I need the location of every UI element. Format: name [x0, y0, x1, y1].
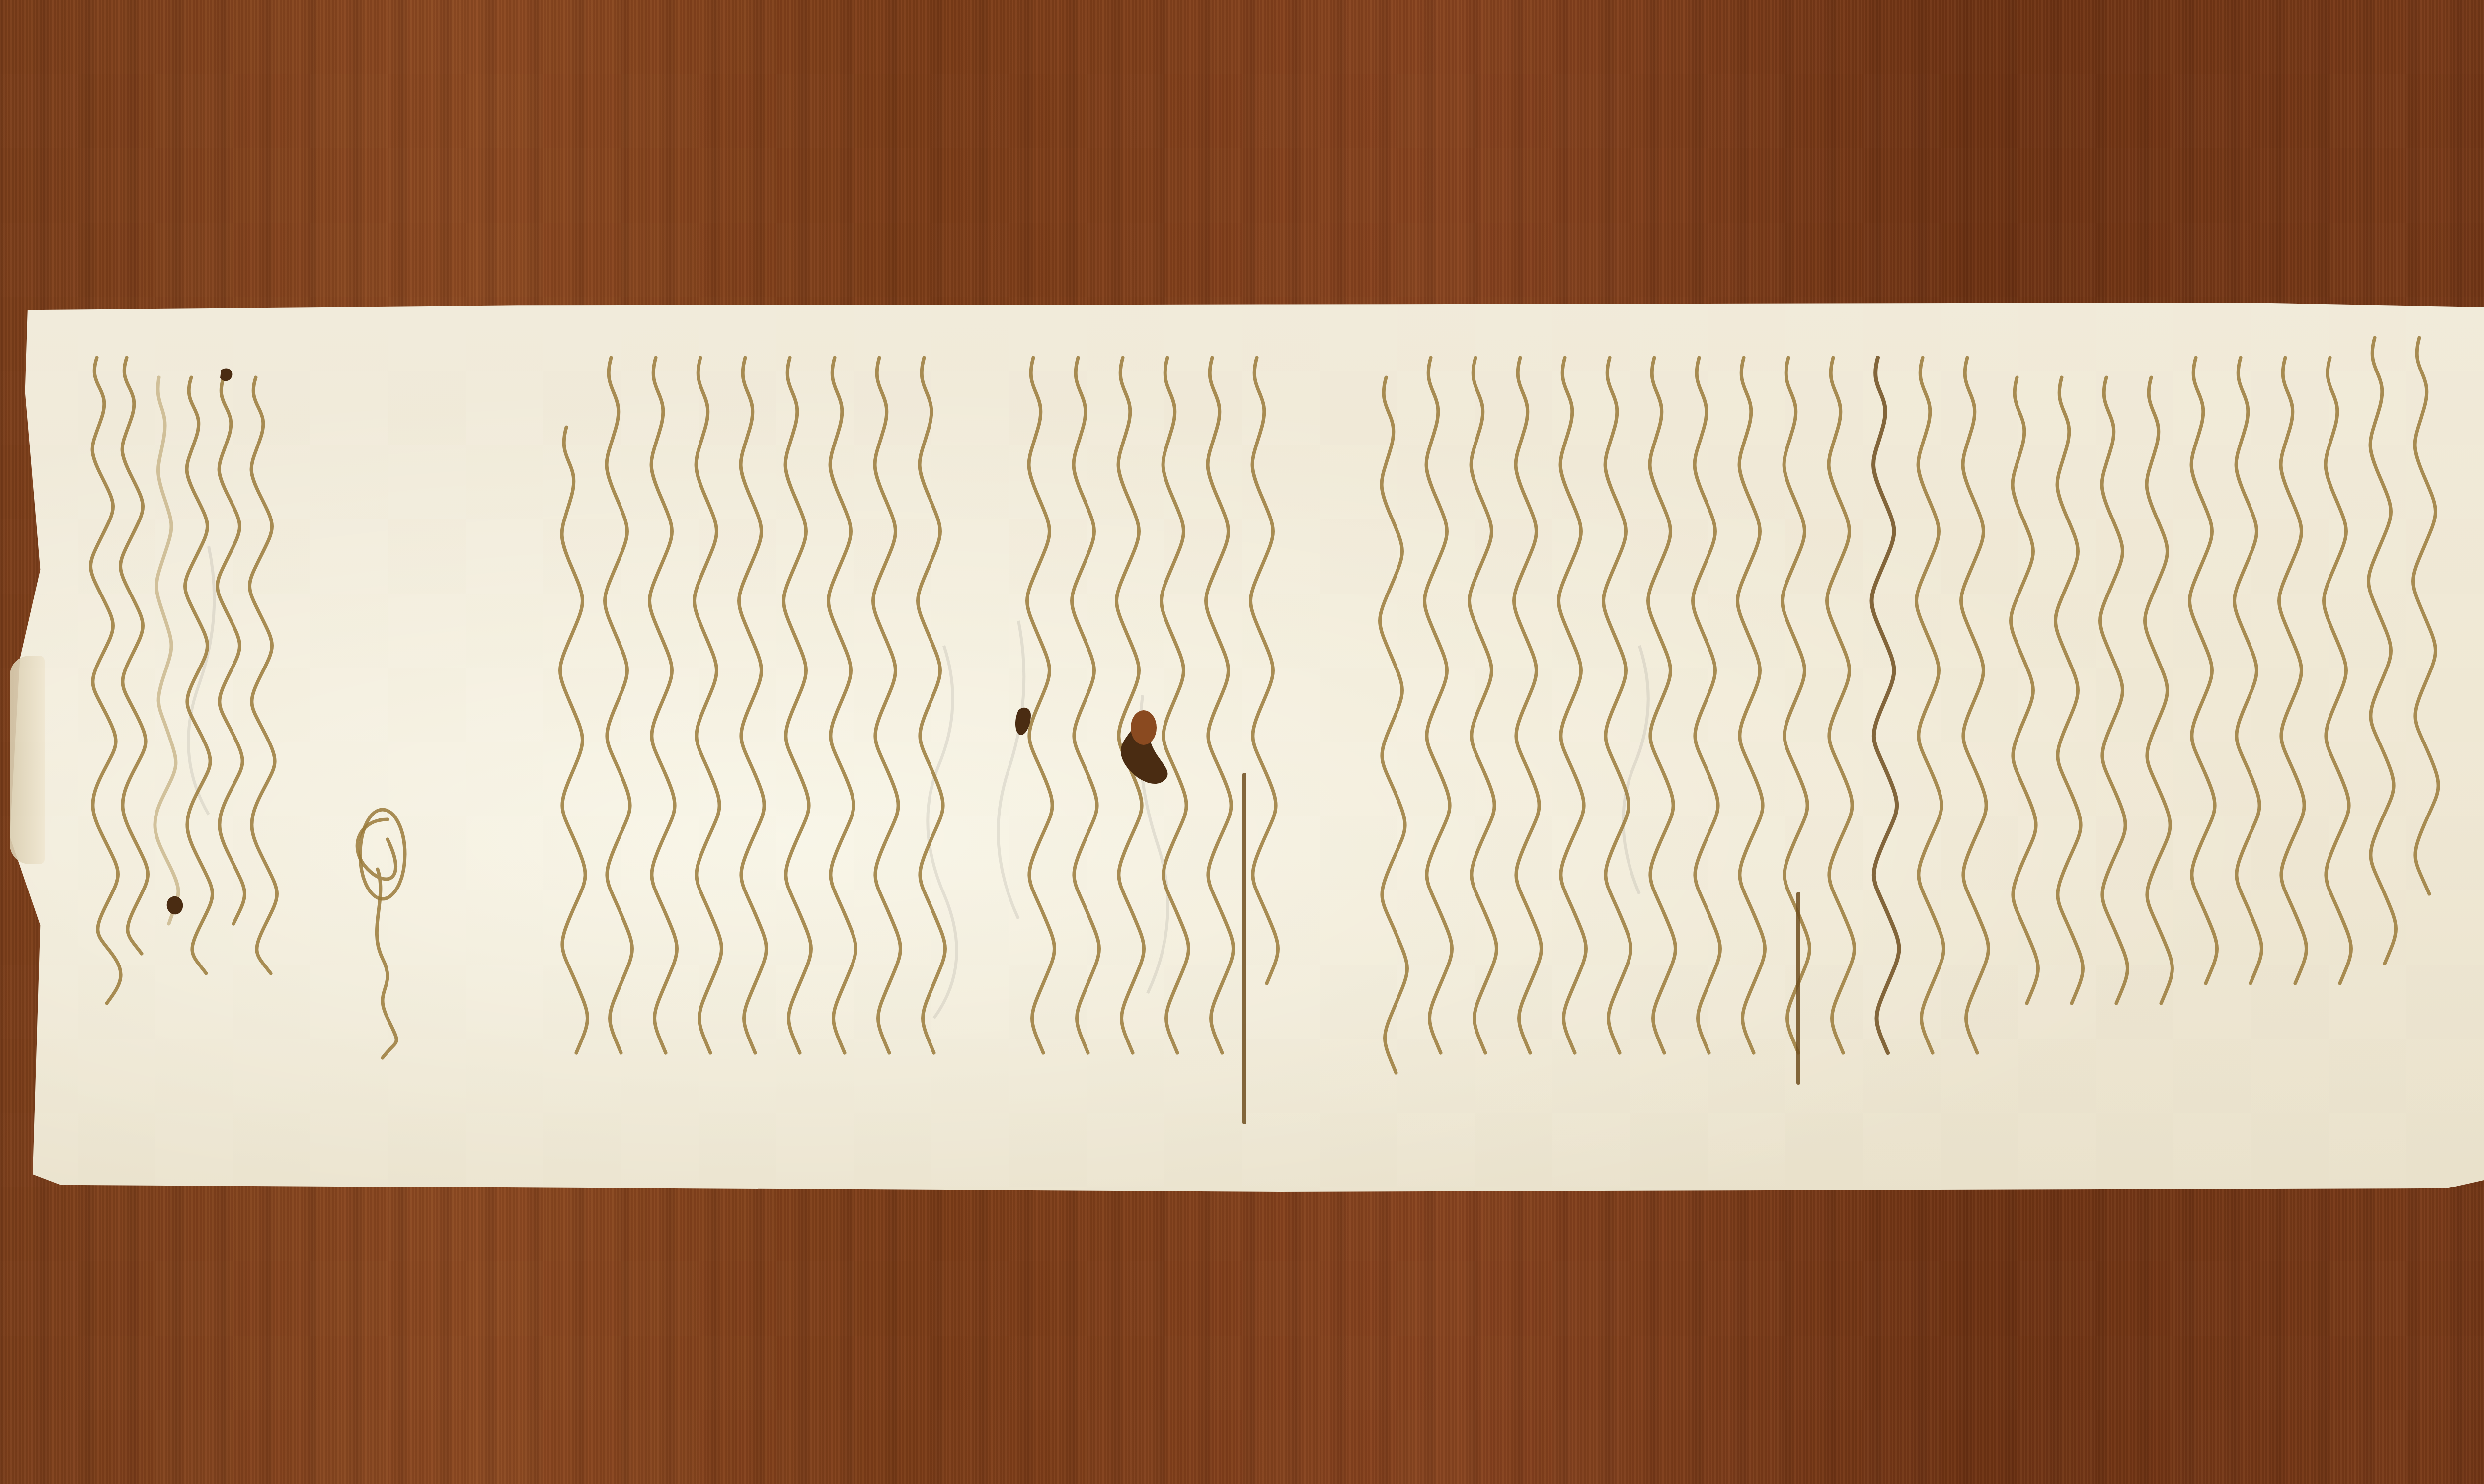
torn-paper-edge: [10, 656, 45, 864]
manuscript-photo: Ostumo handwritten manuscript photograph…: [0, 0, 2484, 1484]
manuscript-paper: [10, 303, 2484, 1192]
